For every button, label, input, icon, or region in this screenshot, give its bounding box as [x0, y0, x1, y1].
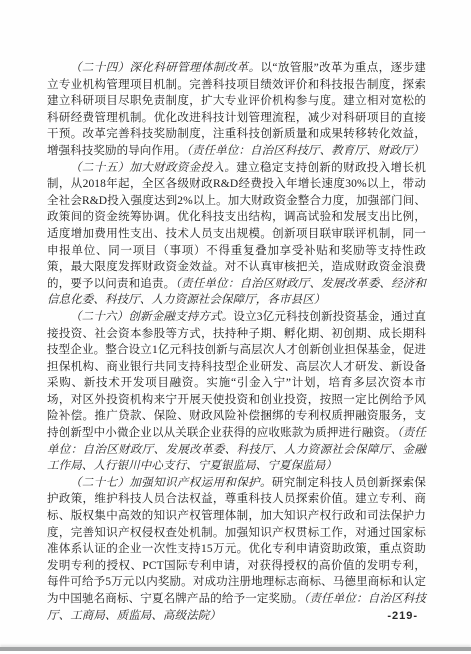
- responsible-units-24: （责任单位：自治区科技厅、教育厅、财政厅）: [186, 145, 424, 157]
- clause-heading-24: （二十四）深化科研管理体制改革。: [70, 62, 261, 74]
- paragraph-26: （二十六）创新金融支持方式。设立3亿元科技创新投资基金，通过直接投资、社会资本参…: [47, 309, 426, 475]
- page-number: -219-: [387, 610, 418, 622]
- clause-text-25: 建立稳定支持创新的财政投入增长机制，从2018年起，全区各级财政R&D经费投入年…: [47, 162, 426, 290]
- clause-text-24: 以“放管服”改革为重点，逐步建立专业机构管理项目机制。完善科技项目绩效评价和科技…: [47, 62, 426, 157]
- clause-text-27: 研究制定科技人员创新探索保护政策，维护科技人员合法权益，尊重科技人员探索价值。建…: [47, 477, 426, 605]
- paragraph-25: （二十五）加大财政资金投入。建立稳定支持创新的财政投入增长机制，从2018年起，…: [47, 160, 426, 309]
- paragraph-24: （二十四）深化科研管理体制改革。以“放管服”改革为重点，逐步建立专业机构管理项目…: [47, 60, 426, 160]
- page-bottom-scan-edge: [0, 647, 471, 651]
- clause-heading-25: （二十五）加大财政资金投入。: [70, 162, 236, 174]
- document-page: （二十四）深化科研管理体制改革。以“放管服”改革为重点，逐步建立专业机构管理项目…: [0, 0, 471, 654]
- paragraph-27: （二十七）加强知识产权运用和保护。研究制定科技人员创新探索保护政策，维护科技人员…: [47, 475, 426, 624]
- document-body: （二十四）深化科研管理体制改革。以“放管服”改革为重点，逐步建立专业机构管理项目…: [47, 60, 426, 624]
- clause-text-26: 设立3亿元科技创新投资基金，通过直接投资、社会资本参股等方式，扶持种子期、孵化期…: [47, 311, 426, 439]
- clause-heading-26: （二十六）创新金融支持方式。: [70, 311, 233, 323]
- clause-heading-27: （二十七）加强知识产权运用和保护。: [70, 477, 272, 489]
